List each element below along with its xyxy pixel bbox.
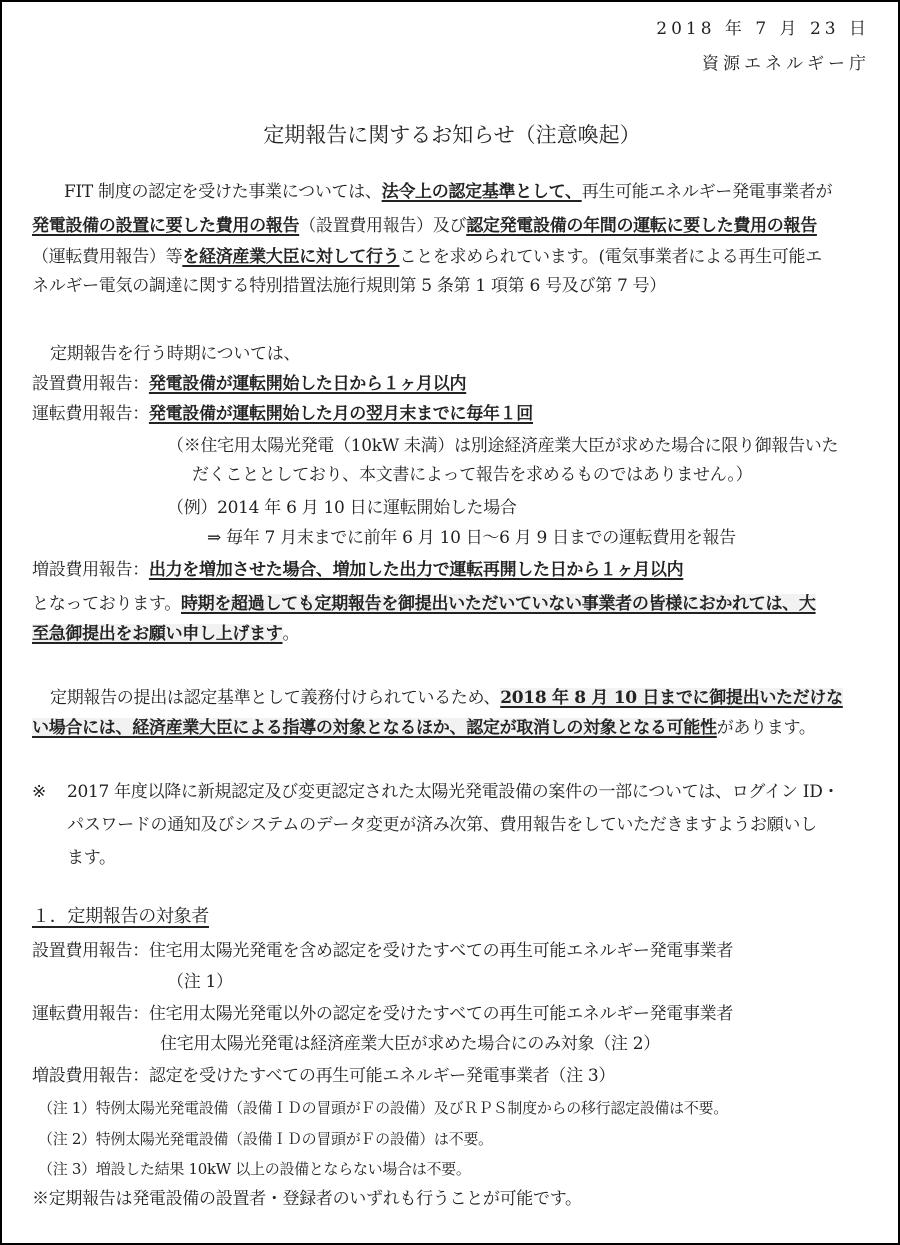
document-page: 2018 年 7 月 23 日 資源エネルギー庁 定期報告に関するお知らせ（注意…: [0, 0, 900, 1245]
intro-line-3: （運転費用報告）等を経済産業大臣に対して行うことを求められています。(電気事業者…: [32, 245, 822, 269]
target-row-operation-note: 住宅用太陽光発電は経済産業大臣が求めた場合にのみ対象（注 2）: [160, 1032, 660, 1056]
target-row-expansion: 増設費用報告：認定を受けたすべての再生可能エネルギー発電事業者（注 3）: [32, 1064, 615, 1088]
notice-mark: ※: [32, 780, 46, 804]
row-label: 設置費用報告：: [32, 941, 149, 961]
notice-line-2: パスワードの通知及びシステムのデータ変更が済み次第、費用報告をしていただきますよ…: [67, 813, 817, 837]
install-cost-row: 設置費用報告：発電設備が運転開始した日から１ヶ月以内: [32, 372, 466, 396]
row-value: 認定を受けたすべての再生可能エネルギー発電事業者（注 3）: [149, 1066, 615, 1086]
closing-text: 。: [283, 624, 300, 644]
section-heading: １．定期報告の対象者: [32, 905, 209, 929]
emphasis-text: 認定発電設備の年間の運転に要した費用の報告: [466, 216, 817, 236]
warning-line-2: い場合には、経済産業大臣による指導の対象となるほか、認定が取消しの対象となる可能…: [32, 716, 816, 740]
intro-text: （運転費用報告）等: [32, 247, 182, 267]
document-date: 2018 年 7 月 23 日: [656, 14, 870, 39]
final-note: ※定期報告は発電設備の設置者・登録者のいずれも行うことが可能です。: [32, 1187, 582, 1211]
emphasis-text: を経済産業大臣に対して行う: [182, 247, 399, 267]
emphasis-text: 出力を増加させた場合、増加した出力で運転再開した日から１ヶ月以内: [149, 560, 683, 580]
row-label: 運転費用報告：: [32, 404, 149, 424]
row-label: 増設費用報告：: [32, 1066, 149, 1086]
target-row-install: 設置費用報告：住宅用太陽光発電を含め認定を受けたすべての再生可能エネルギー発電事…: [32, 939, 733, 963]
warning-text: があります。: [717, 718, 816, 738]
target-row-operation: 運転費用報告：住宅用太陽光発電以外の認定を受けたすべての再生可能エネルギー発電事…: [32, 1002, 733, 1026]
emphasis-text: 発電設備が運転開始した日から１ヶ月以内: [149, 374, 466, 394]
notice-line-3: ます。: [67, 846, 116, 870]
emphasis-text: 時期を超過しても定期報告を御提出いただいていない事業者の皆様におかれては、大: [181, 594, 816, 614]
intro-text: （設置費用報告）及び: [299, 216, 466, 236]
emphasis-text: 発電設備の設置に要した費用の報告: [32, 216, 299, 236]
warning-line-1: 定期報告の提出は認定基準として義務付けられているため、2018 年 8 月 10…: [50, 686, 843, 710]
intro-text: 再生可能エネルギー発電事業者が: [582, 182, 833, 202]
intro-line-1: FIT 制度の認定を受けた事業については、法令上の認定基準として、再生可能エネル…: [64, 180, 832, 204]
example-line-1: （例）2014 年 6 月 10 日に運転開始した場合: [167, 496, 517, 520]
residential-note-line-2: だくこととしており、本文書によって報告を求めるものではありません。）: [192, 463, 752, 487]
row-value: 住宅用太陽光発電を含め認定を受けたすべての再生可能エネルギー発電事業者: [149, 941, 733, 961]
row-label: 設置費用報告：: [32, 374, 149, 394]
intro-text: FIT 制度の認定を受けた事業については、: [64, 182, 382, 202]
intro-text: ことを求められています。(電気事業者による再生可能エ: [399, 247, 821, 267]
timing-lead: 定期報告を行う時期については、: [50, 342, 300, 366]
deadline-emphasis: い場合には、経済産業大臣による指導の対象となるほか、認定が取消しの対象となる可能…: [32, 718, 717, 738]
closing-text: となっております。: [32, 594, 181, 614]
emphasis-text: 発電設備が運転開始した月の翌月末までに毎年１回: [149, 404, 533, 424]
issuing-agency: 資源エネルギー庁: [702, 49, 870, 74]
emphasis-text: 至急御提出をお願い申し上げます: [32, 624, 283, 644]
footnote-1: （注 1）特例太陽光発電設備（設備ＩＤの冒頭がＦの設備）及びＲＰＳ制度からの移行…: [38, 1096, 728, 1120]
example-line-2: ⇒ 毎年 7 月末までに前年 6 月 10 日～6 月 9 日までの運転費用を報…: [207, 526, 736, 550]
intro-line-2: 発電設備の設置に要した費用の報告（設置費用報告）及び認定発電設備の年間の運転に要…: [32, 214, 817, 238]
deadline-emphasis: 2018 年 8 月 10 日までに御提出いただけな: [500, 688, 843, 708]
row-label: 運転費用報告：: [32, 1004, 149, 1024]
closing-line-1: となっております。時期を超過しても定期報告を御提出いただいていない事業者の皆様に…: [32, 592, 816, 616]
notice-line-1: 2017 年度以降に新規認定及び変更認定された太陽光発電設備の案件の一部について…: [67, 780, 839, 804]
expansion-cost-row: 増設費用報告：出力を増加させた場合、増加した出力で運転再開した日から１ヶ月以内: [32, 558, 683, 582]
document-title: 定期報告に関するお知らせ（注意喚起）: [2, 119, 900, 149]
warning-text: 定期報告の提出は認定基準として義務付けられているため、: [50, 688, 500, 708]
residential-note-line-1: （※住宅用太陽光発電（10kW 未満）は別途経済産業大臣が求めた場合に限り御報告…: [167, 434, 838, 458]
emphasis-text: 法令上の認定基準として、: [382, 182, 582, 202]
operation-cost-row: 運転費用報告：発電設備が運転開始した月の翌月末までに毎年１回: [32, 402, 533, 426]
row-label: 増設費用報告：: [32, 560, 149, 580]
footnote-2: （注 2）特例太陽光発電設備（設備ＩＤの冒頭がＦの設備）は不要。: [38, 1127, 493, 1151]
closing-line-2: 至急御提出をお願い申し上げます。: [32, 622, 299, 646]
footnote-3: （注 3）増設した結果 10kW 以上の設備とならない場合は不要。: [38, 1157, 471, 1181]
row-value: 住宅用太陽光発電以外の認定を受けたすべての再生可能エネルギー発電事業者: [149, 1004, 733, 1024]
target-row-install-note: （注 1）: [167, 970, 233, 994]
intro-line-4: ネルギー電気の調達に関する特別措置法施行規則第 5 条第 1 項第 6 号及び第…: [32, 274, 666, 298]
